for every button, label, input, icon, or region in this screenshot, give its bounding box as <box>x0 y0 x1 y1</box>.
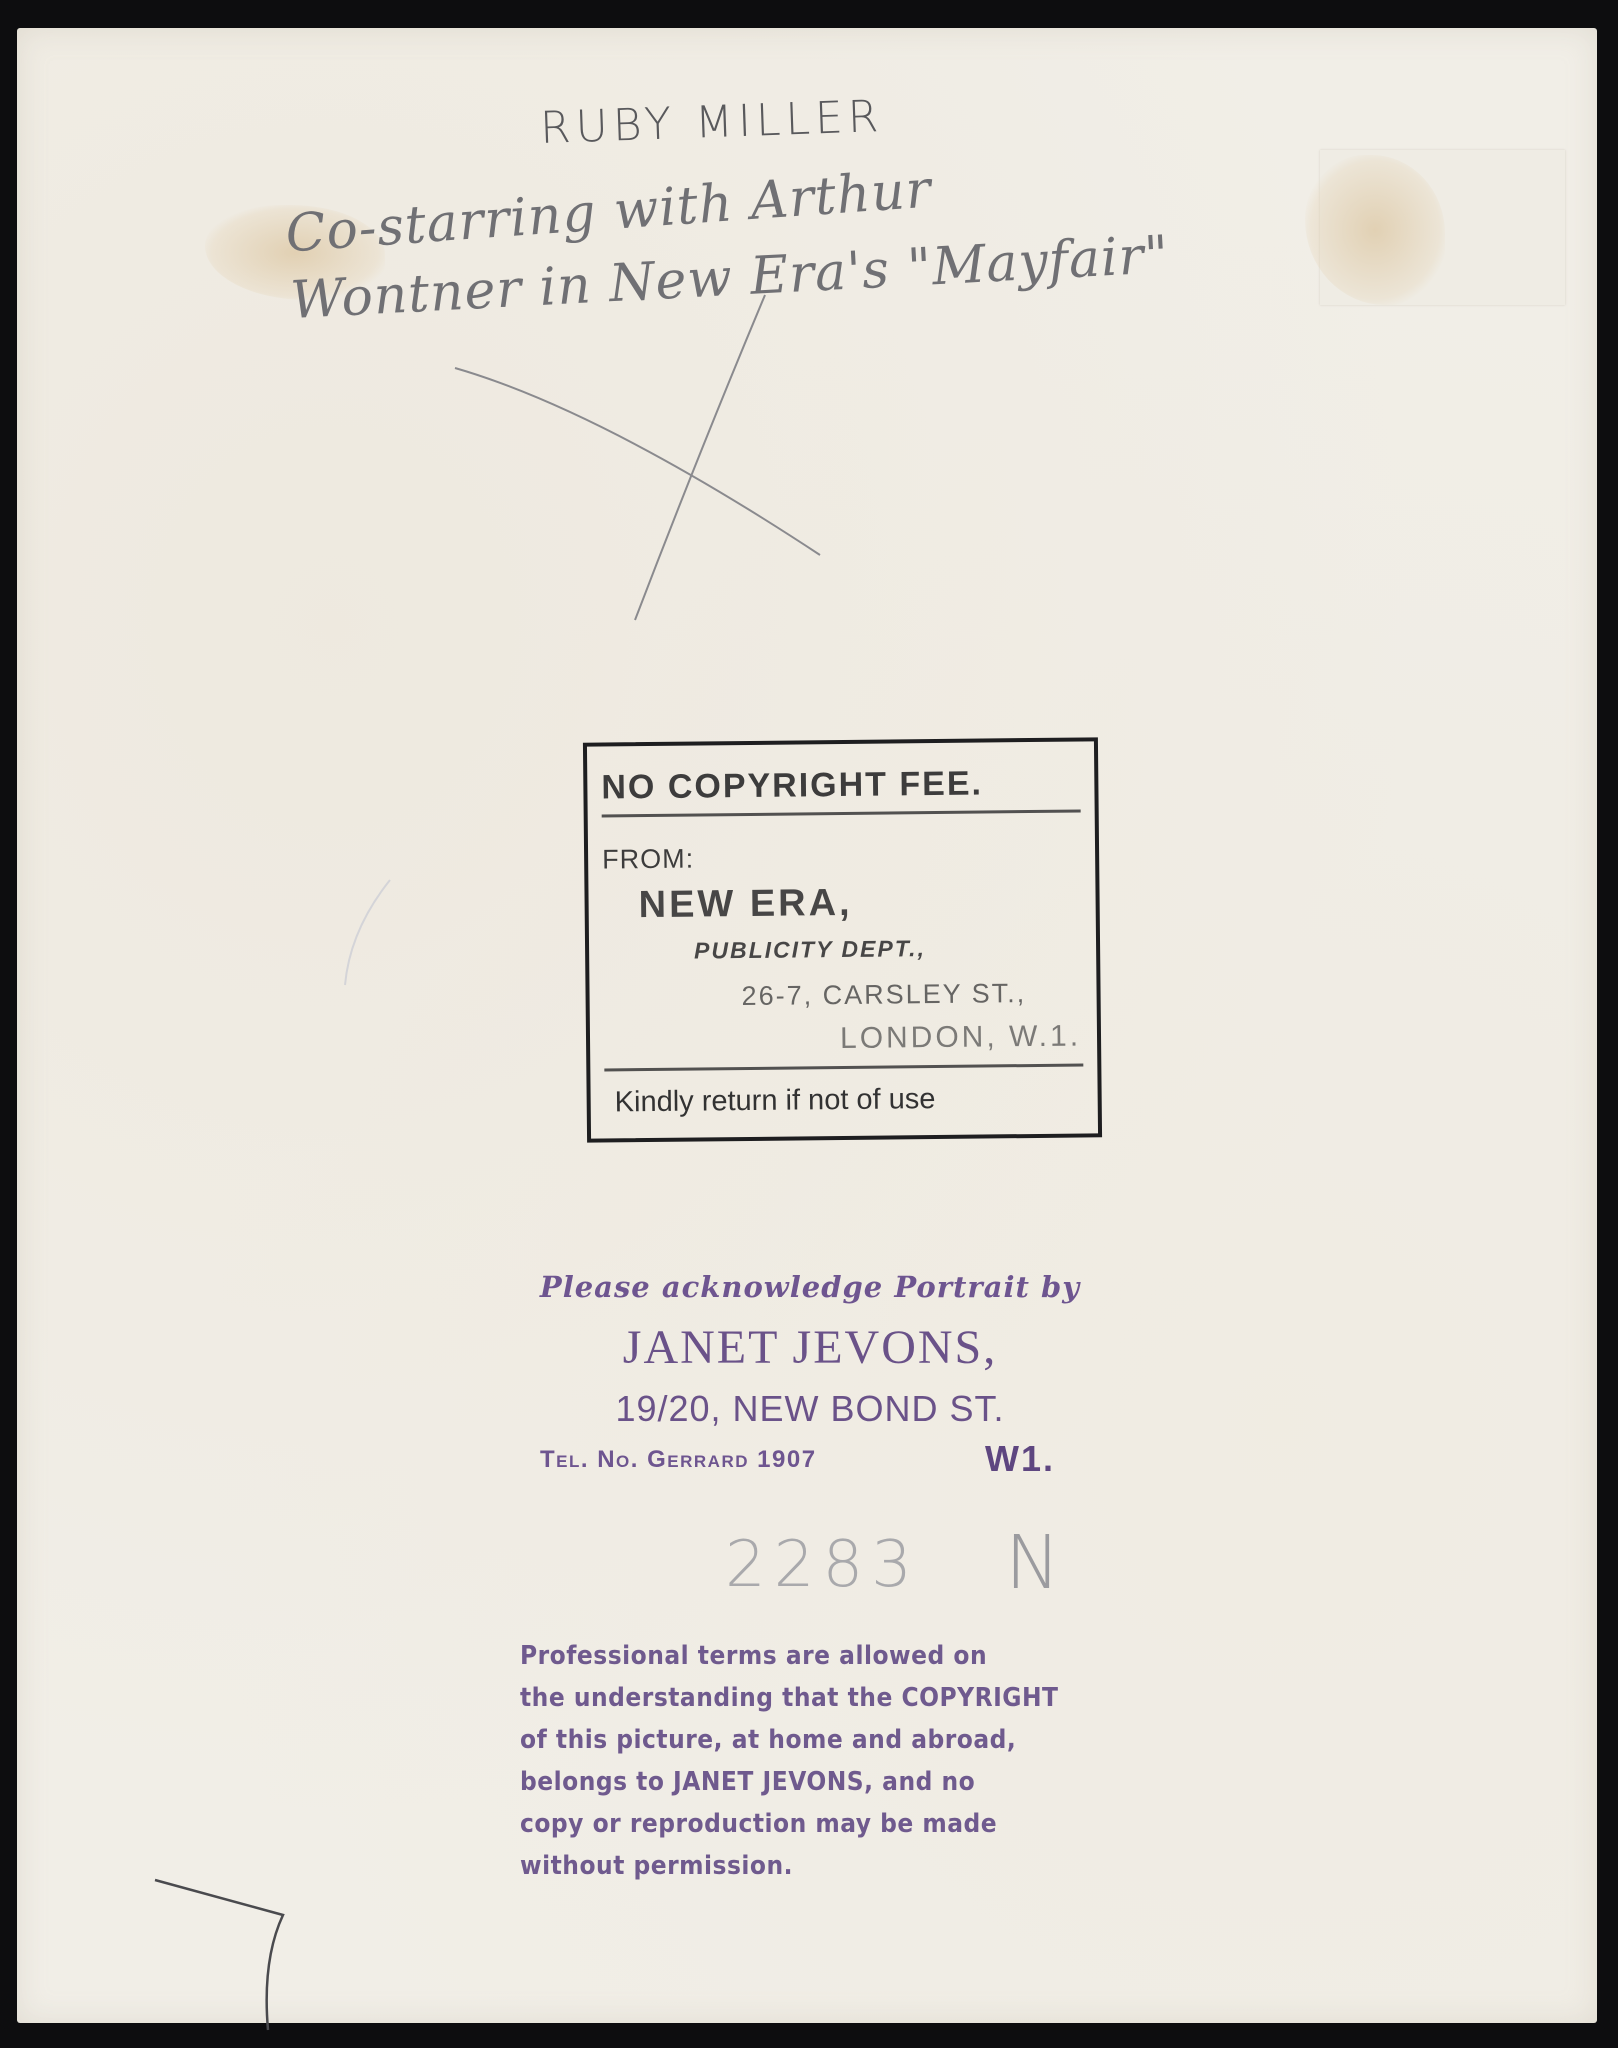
terms-line: Professional terms are allowed on <box>520 1635 1120 1677</box>
photographer-name: JANET JEVONS, <box>520 1320 1100 1375</box>
stamp-address: 26-7, CARSLEY ST., <box>741 978 1026 1012</box>
photographer-acknowledge: Please acknowledge Portrait by <box>520 1270 1100 1304</box>
stamp-footer: Kindly return if not of use <box>615 1083 936 1119</box>
photographer-postcode: W1. <box>985 1438 1055 1480</box>
stamp-from-label: FROM: <box>602 844 694 876</box>
terms-line: of this picture, at home and abroad, <box>520 1719 1120 1761</box>
terms-line: copy or reproduction may be made <box>520 1803 1120 1845</box>
copyright-terms-stamp: Professional terms are allowed on the un… <box>520 1635 1120 1887</box>
catalog-number: 2283 <box>725 1528 920 1602</box>
stamp-city: LONDON, W.1. <box>840 1020 1081 1057</box>
stamp-divider-top <box>602 809 1081 817</box>
stamp-divider-bottom <box>604 1063 1083 1071</box>
photographer-telephone: Tel. No. Gerrard 1907 <box>540 1446 817 1474</box>
photographer-address: 19/20, NEW BOND ST. <box>520 1388 1100 1430</box>
stamp-company: NEW ERA, <box>638 882 852 927</box>
terms-line: belongs to JANET JEVONS, and no <box>520 1761 1120 1803</box>
no-copyright-fee-stamp: NO COPYRIGHT FEE. FROM: NEW ERA, PUBLICI… <box>583 737 1102 1142</box>
terms-line: the understanding that the COPYRIGHT <box>520 1677 1120 1719</box>
stamp-heading: NO COPYRIGHT FEE. <box>601 765 983 808</box>
stamp-department: PUBLICITY DEPT., <box>694 935 926 964</box>
catalog-suffix: N <box>1005 1520 1060 1606</box>
terms-line: without permission. <box>520 1845 1120 1887</box>
